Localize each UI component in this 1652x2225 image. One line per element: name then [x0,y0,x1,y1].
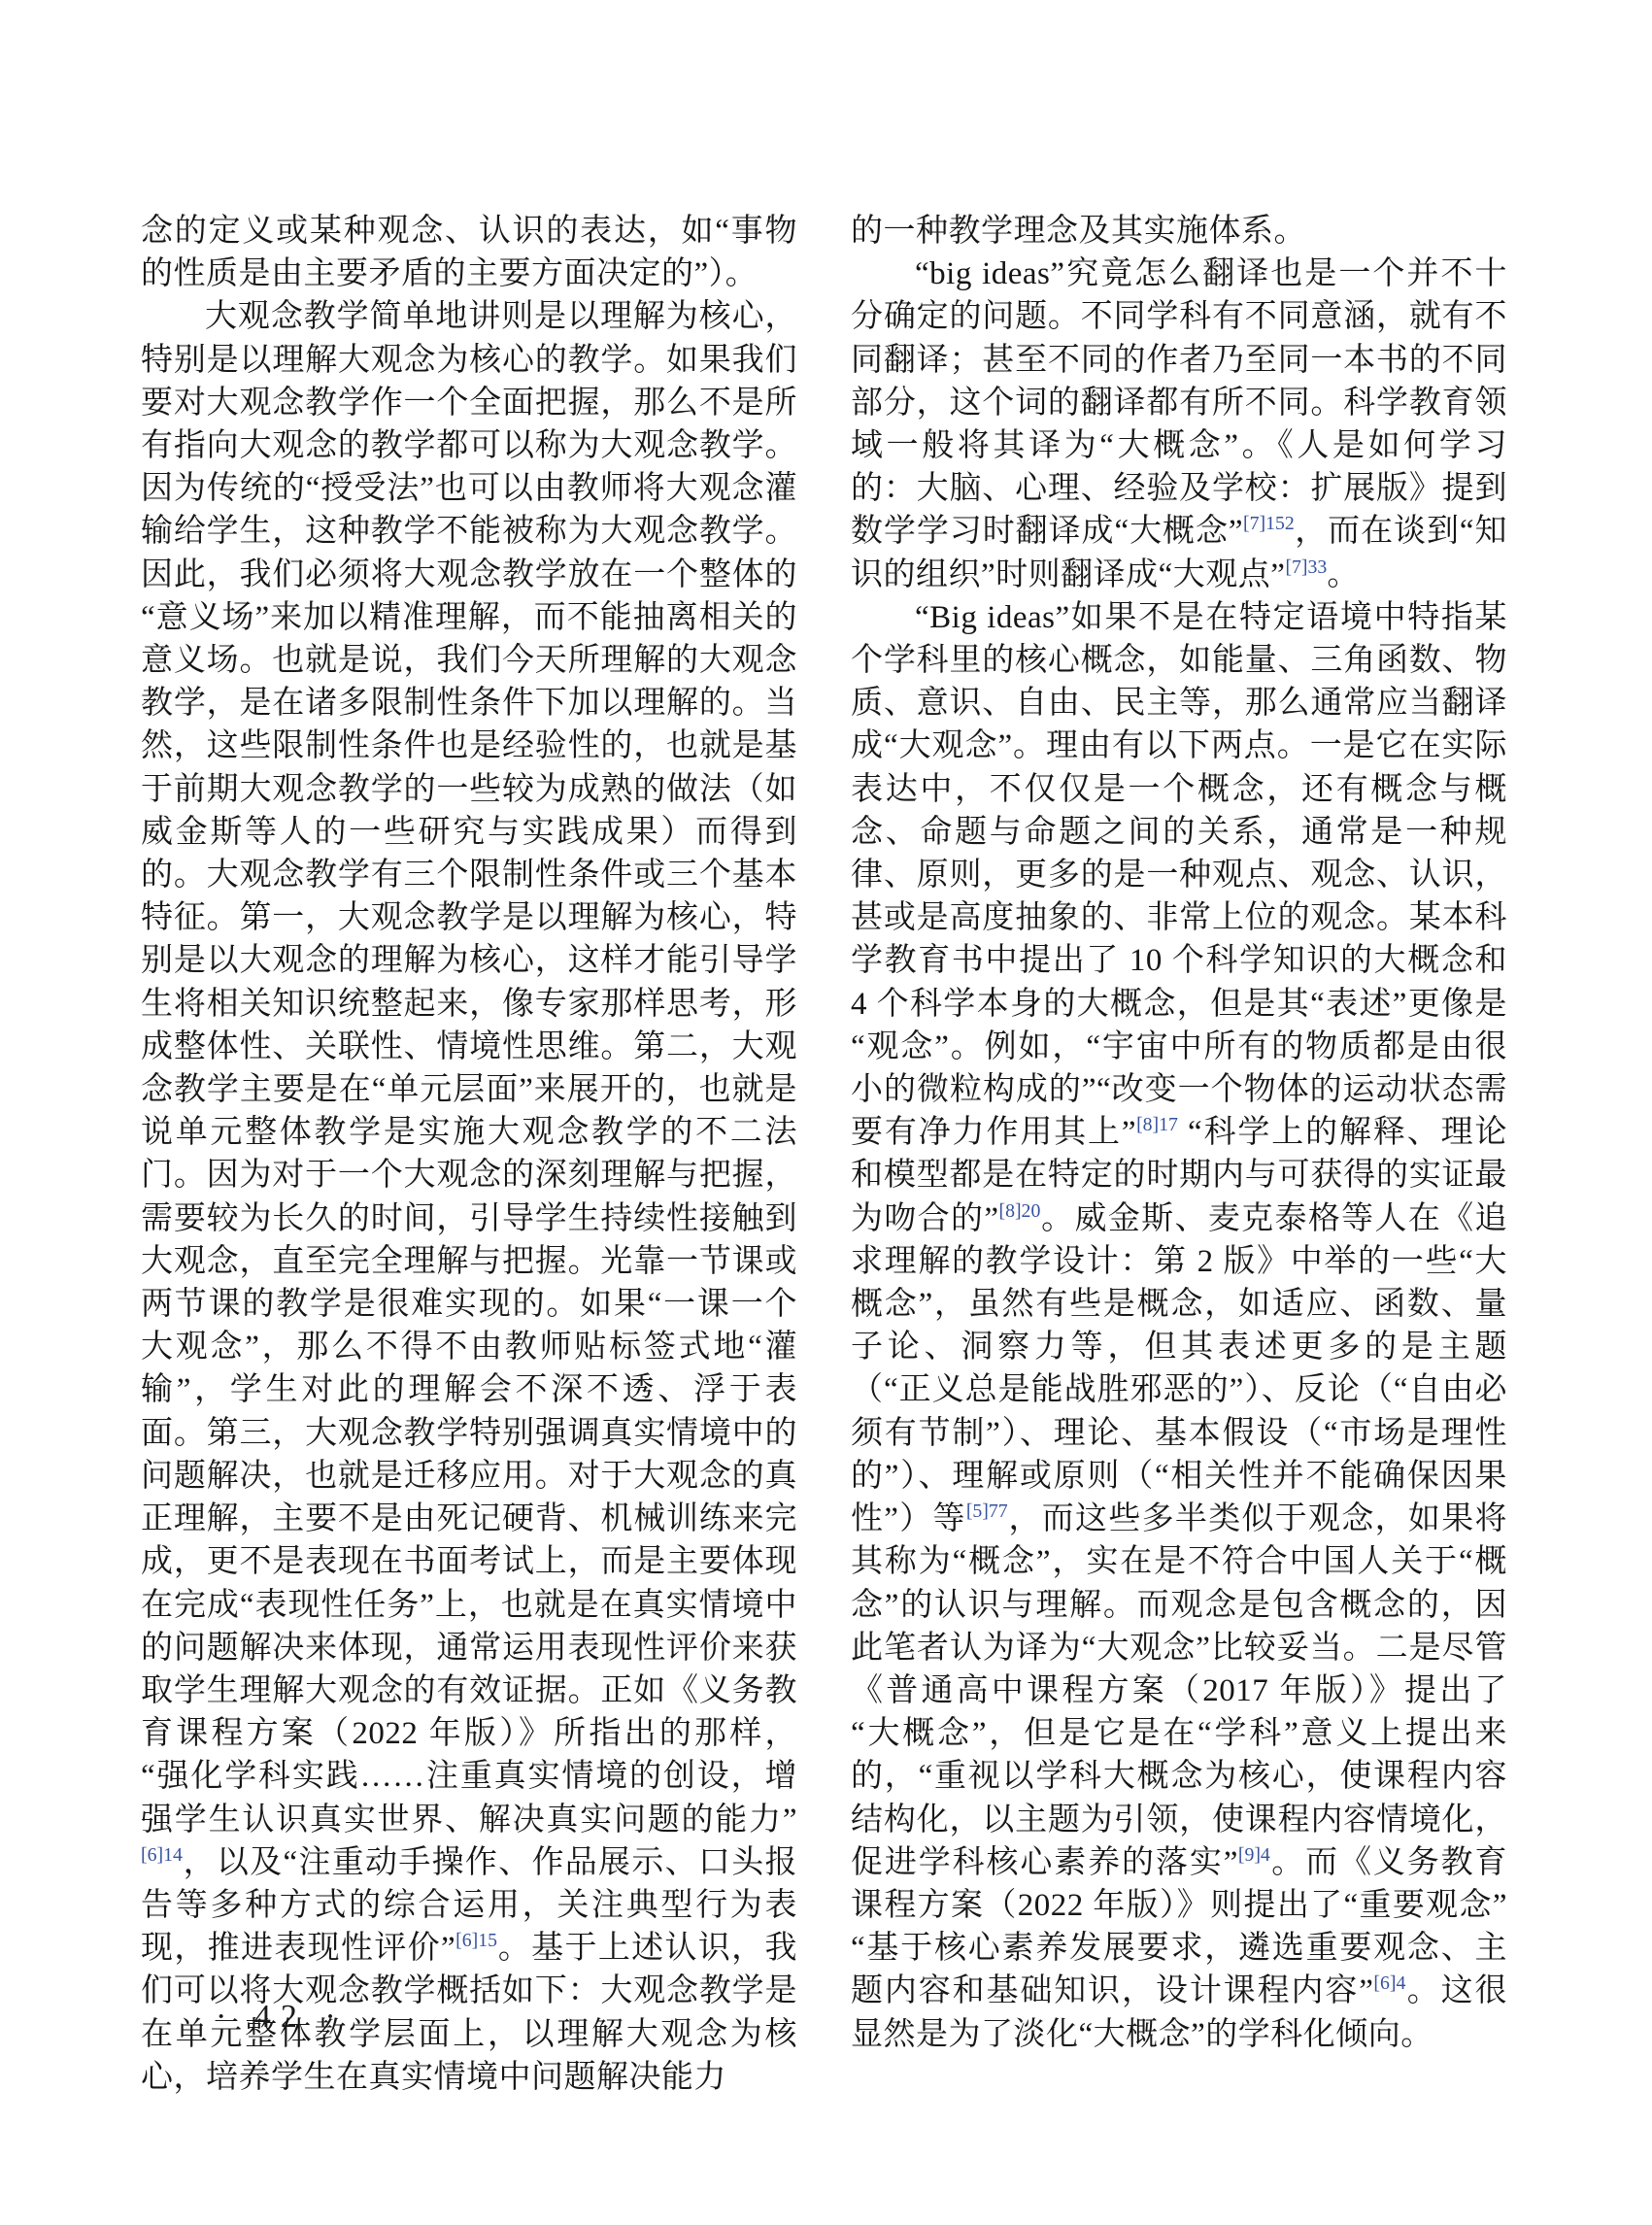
page-number: · 42 · [216,1999,346,2036]
citation-superscript: [6]15 [455,1930,497,1951]
text-run: 。 [1327,557,1360,592]
paragraph: “big ideas”究竟怎么翻译也是一个并不十分确定的问题。不同学科有不同意涵… [851,253,1507,596]
citation-superscript: [9]4 [1238,1844,1270,1866]
paragraph: 念的定义或某种观念、认识的表达，如“事物的性质是由主要矛盾的主要方面决定的”）。 [141,210,797,295]
citation-superscript: [8]20 [998,1200,1040,1222]
text-run: “Big ideas”如果不是在特定语境中特指某个学科里的核心概念，如能量、三角… [851,600,1507,1150]
paragraph: “Big ideas”如果不是在特定语境中特指某个学科里的核心概念，如能量、三角… [851,596,1507,2056]
citation-superscript: [7]33 [1285,556,1327,578]
text-run: ，而这些多半类似于观念，如果将其称为“概念”，实在是不符合中国人关于“概念”的认… [851,1501,1507,1880]
two-column-text-area: 念的定义或某种观念、认识的表达，如“事物的性质是由主要矛盾的主要方面决定的”）。… [141,210,1507,2099]
text-run: “big ideas”究竟怎么翻译也是一个并不十分确定的问题。不同学科有不同意涵… [851,256,1507,549]
text-column-left: 念的定义或某种观念、认识的表达，如“事物的性质是由主要矛盾的主要方面决定的”）。… [141,210,797,2099]
citation-superscript: [7]152 [1243,513,1295,534]
text-run: 念的定义或某种观念、认识的表达，如“事物的性质是由主要矛盾的主要方面决定的”）。 [141,214,797,291]
citation-superscript: [8]17 [1136,1114,1178,1135]
text-run: 的一种教学理念及其实施体系。 [851,214,1306,249]
citation-superscript: [6]14 [141,1844,183,1866]
citation-superscript: [6]4 [1373,1972,1405,1994]
document-page: 念的定义或某种观念、认识的表达，如“事物的性质是由主要矛盾的主要方面决定的”）。… [0,0,1652,2225]
text-run: 大观念教学简单地讲则是以理解为核心，特别是以理解大观念为核心的教学。如果我们要对… [141,299,797,1837]
paragraph: 的一种教学理念及其实施体系。 [851,210,1507,253]
text-column-right: 的一种教学理念及其实施体系。“big ideas”究竟怎么翻译也是一个并不十分确… [851,210,1507,2099]
text-run: 。威金斯、麦克泰格等人在《追求理解的教学设计：第 2 版》中举的一些“大概念”，… [851,1201,1507,1536]
paragraph: 大观念教学简单地讲则是以理解为核心，特别是以理解大观念为核心的教学。如果我们要对… [141,295,797,2099]
citation-superscript: [5]77 [966,1500,1008,1522]
